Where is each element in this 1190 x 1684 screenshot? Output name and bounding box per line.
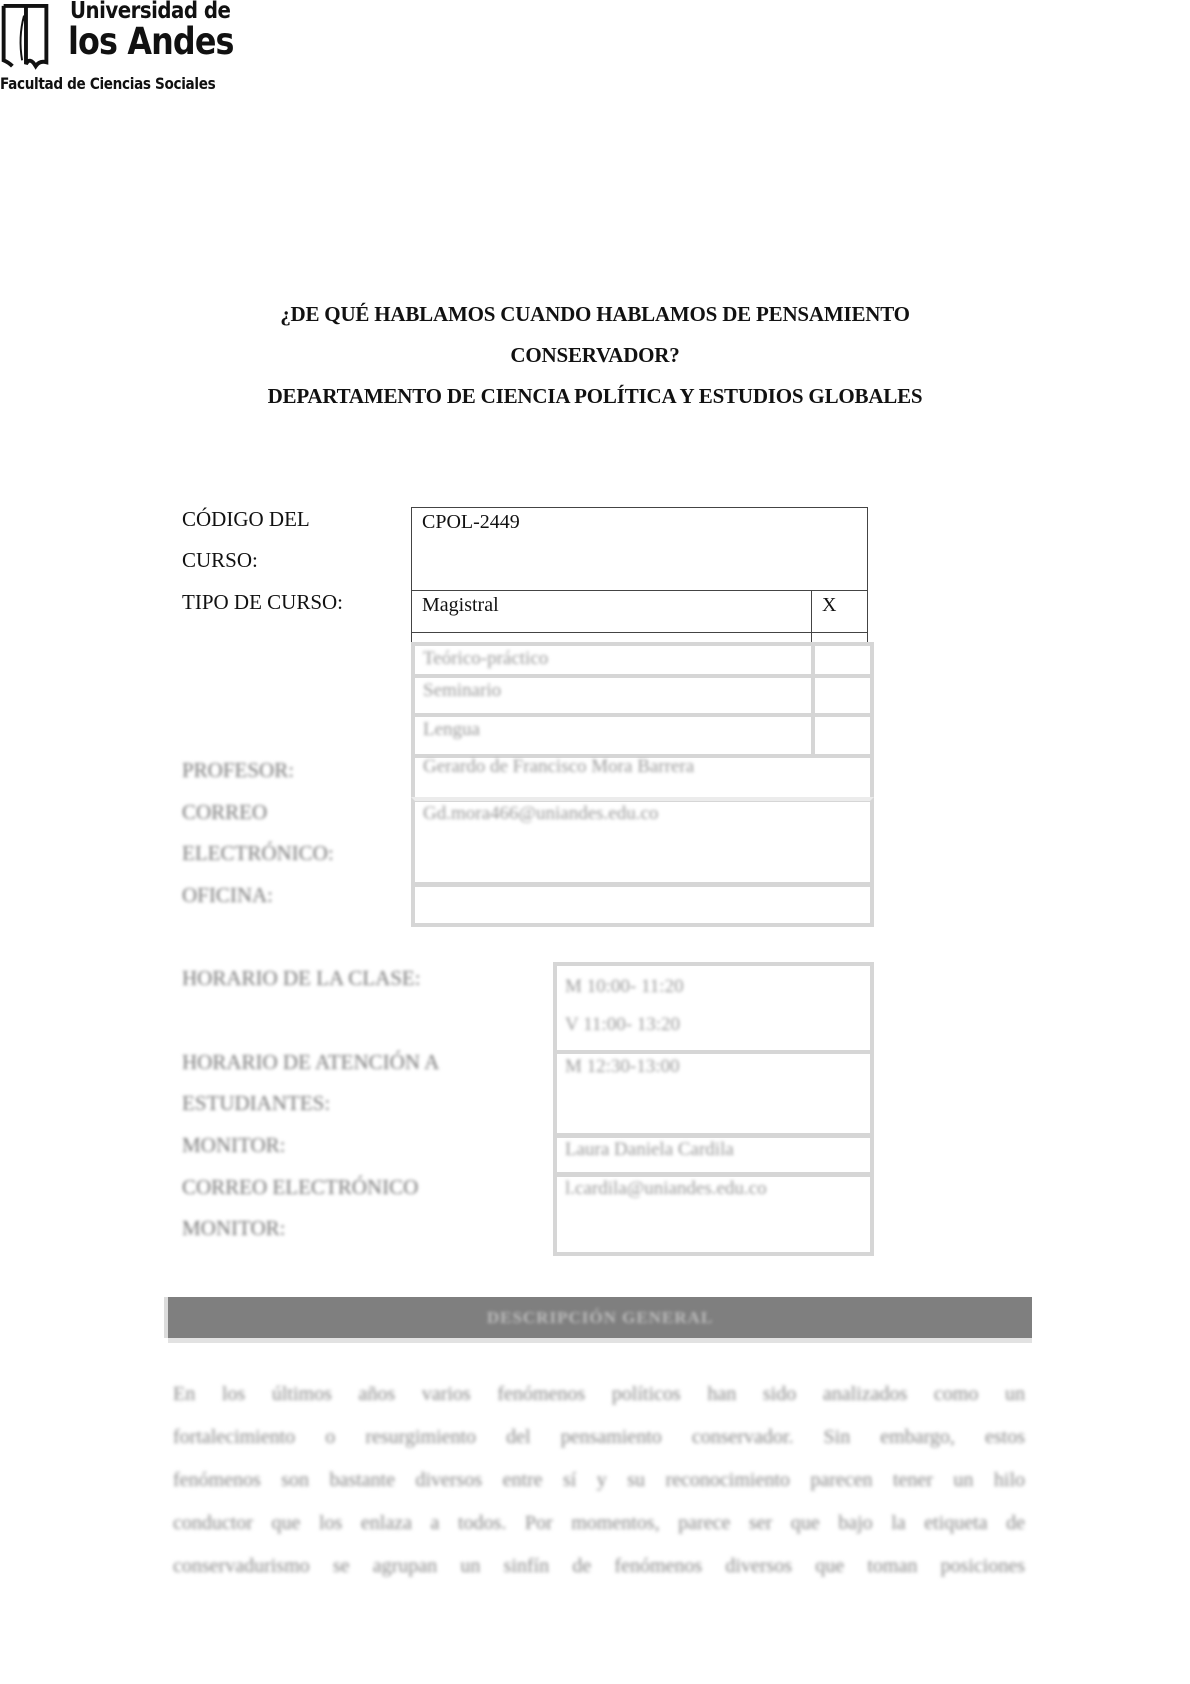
- course-title-line-2: CONSERVADOR?: [0, 343, 1190, 368]
- section-heading-banner: DESCRIPCIÓN GENERAL: [168, 1297, 1032, 1338]
- paragraph-line: fortalecimiento o resurgimiento del pens…: [173, 1416, 1025, 1459]
- tipo-magistral: Magistral: [411, 590, 812, 633]
- paragraph-line: fenómenos son bastante diversos entre sí…: [173, 1459, 1025, 1502]
- tipo-seminario: Seminario: [411, 674, 815, 717]
- profesor-label: PROFESOR:: [182, 758, 294, 783]
- correo-value: Gd.mora466@uniandes.edu.co: [411, 797, 874, 887]
- department-title: DEPARTAMENTO DE CIENCIA POLÍTICA Y ESTUD…: [0, 384, 1190, 409]
- tipo-seminario-mark: [811, 674, 874, 717]
- tipo-teorico: Teórico-práctico: [411, 642, 815, 678]
- oficina-value: [411, 882, 874, 927]
- description-paragraph: En los últimos años varios fenómenos pol…: [173, 1373, 1025, 1588]
- monitor-value: Laura Daniela Cardila: [553, 1133, 874, 1177]
- atencion-label-1: HORARIO DE ATENCIÓN A: [182, 1050, 439, 1075]
- atencion-label-2: ESTUDIANTES:: [182, 1091, 330, 1116]
- tipo-lengua-mark: [811, 713, 874, 758]
- logo-faculty: Facultad de Ciencias Sociales: [0, 74, 215, 93]
- tipo-lengua: Lengua: [411, 713, 815, 758]
- tipo-magistral-mark: X: [811, 590, 868, 633]
- profesor-value: Gerardo de Francisco Mora Barrera: [411, 754, 874, 802]
- course-title-line-1: ¿DE QUÉ HABLAMOS CUANDO HABLAMOS DE PENS…: [0, 302, 1190, 327]
- atencion-value: M 12:30-13:00: [553, 1050, 874, 1138]
- tipo-label: TIPO DE CURSO:: [182, 590, 343, 615]
- correo-monitor-label-2: MONITOR:: [182, 1216, 285, 1241]
- section-heading: DESCRIPCIÓN GENERAL: [168, 1297, 1032, 1338]
- paragraph-line: conductor que los enlaza a todos. Por mo…: [173, 1502, 1025, 1545]
- correo-label-2: ELECTRÓNICO:: [182, 841, 334, 866]
- correo-monitor-label-1: CORREO ELECTRÓNICO: [182, 1175, 418, 1200]
- codigo-label-2: CURSO:: [182, 548, 258, 573]
- correo-label-1: CORREO: [182, 800, 267, 825]
- codigo-value: CPOL-2449: [411, 507, 868, 591]
- los-andes-emblem-icon: [0, 2, 50, 70]
- university-logo: Universidad de los Andes Facultad de Cie…: [0, 0, 250, 95]
- paragraph-line: conservadurismo se agrupan un sinfín de …: [173, 1545, 1025, 1588]
- logo-line-2: los Andes: [68, 20, 234, 63]
- horario-value: M 10:00- 11:20 V 11:00- 13:20: [553, 962, 874, 1054]
- horario-label: HORARIO DE LA CLASE:: [182, 966, 421, 991]
- monitor-label: MONITOR:: [182, 1133, 285, 1158]
- codigo-label-1: CÓDIGO DEL: [182, 507, 310, 532]
- correo-monitor-value: l.cardila@uniandes.edu.co: [553, 1172, 874, 1256]
- oficina-label: OFICINA:: [182, 883, 273, 908]
- paragraph-line: En los últimos años varios fenómenos pol…: [173, 1373, 1025, 1416]
- tipo-teorico-mark: [811, 642, 874, 678]
